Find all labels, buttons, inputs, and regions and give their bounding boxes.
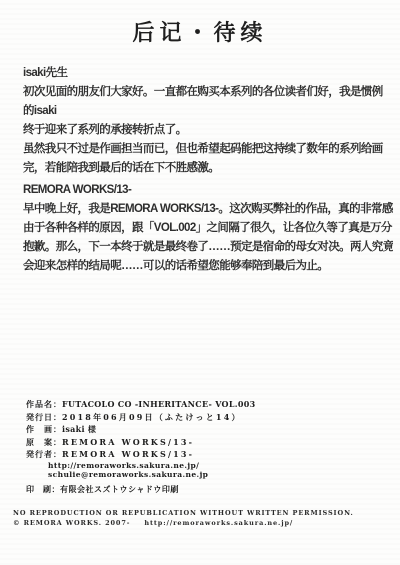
- legal-notice-block: NO REPRODUCTION OR REPUBLICATION WITHOUT…: [13, 508, 393, 528]
- artist-line: 虽然我只不过是作画担当而已，但也希望起码能把这持续了数年的系列给画: [23, 140, 393, 159]
- colophon-label: 作品名：: [26, 398, 62, 411]
- printer-name: 有限会社スズトウシャドウ印刷: [60, 484, 179, 494]
- page-title: 后记・待续: [0, 16, 400, 47]
- circle-heading: REMORA WORKS/13-: [23, 181, 393, 200]
- artist-line: 初次见面的朋友们大家好。一直都在购买本系列的各位读者们好，我是惯例: [23, 83, 393, 102]
- copyright-line: © REMORA WORKS. 2007-http://remoraworks.…: [13, 518, 393, 528]
- copyright-text: © REMORA WORKS. 2007-: [13, 519, 130, 527]
- circle-contact-email: schulie@remoraworks.sakura.ne.jp: [26, 470, 376, 480]
- colophon-row-original-plan: 原 案：REMORA WORKS/13-: [26, 436, 376, 449]
- colophon-label: 発行日：: [26, 411, 62, 424]
- artist-line: 终于迎来了系列的承接转折点了。: [23, 121, 393, 140]
- artist-line: 完，若能陪我到最后的话在下不胜感激。: [23, 159, 393, 178]
- circle-line: 会迎来怎样的结局呢……可以的话希望您能够奉陪到最后为止。: [23, 257, 393, 276]
- artist-line: 的isaki: [23, 102, 393, 121]
- colophon-value: FUTACOLO CO -INHERITANCE- VOL.003: [62, 399, 255, 409]
- artist-heading: isaki先生: [23, 64, 393, 83]
- artist-afterword-paragraph: isaki先生 初次见面的朋友们大家好。一直都在购买本系列的各位读者们好，我是惯…: [23, 64, 393, 178]
- colophon-value: 2018年06月09日（ふたけっと14）: [62, 412, 242, 422]
- colophon-label: 作 画：: [26, 423, 62, 436]
- colophon-value: REMORA WORKS/13-: [62, 437, 194, 447]
- no-reproduction-notice: NO REPRODUCTION OR REPUBLICATION WITHOUT…: [13, 508, 393, 518]
- circle-line: 抱歉。那么，下一本终于就是最终卷了……预定是宿命的母女对决。两人究竟: [23, 238, 393, 257]
- colophon-row-publish-date: 発行日：2018年06月09日（ふたけっと14）: [26, 411, 376, 424]
- colophon-row-publisher: 発行者：REMORA WORKS/13-: [26, 448, 376, 461]
- circle-website-url: http://remoraworks.sakura.ne.jp/: [26, 461, 376, 471]
- colophon-value: isaki 様: [62, 424, 96, 434]
- colophon-value: REMORA WORKS/13-: [62, 449, 194, 459]
- colophon-label: 発行者：: [26, 448, 62, 461]
- circle-afterword-paragraph: REMORA WORKS/13- 早中晚上好，我是REMORA WORKS/13…: [23, 181, 393, 276]
- printer-credit: 印 刷：有限会社スズトウシャドウ印刷: [26, 484, 179, 495]
- colophon-row-title: 作品名：FUTACOLO CO -INHERITANCE- VOL.003: [26, 398, 376, 411]
- afterword-page: 后记・待续 isaki先生 初次见面的朋友们大家好。一直都在购买本系列的各位读者…: [0, 0, 400, 565]
- colophon: 作品名：FUTACOLO CO -INHERITANCE- VOL.003 発行…: [26, 398, 376, 480]
- circle-line: 由于各种各样的原因，跟「VOL.002」之间隔了很久，让各位久等了真是万分: [23, 219, 393, 238]
- printer-label: 印 刷：: [26, 484, 60, 494]
- colophon-label: 原 案：: [26, 436, 62, 449]
- circle-line: 早中晚上好，我是REMORA WORKS/13-。这次购买弊社的作品，真的非常感…: [23, 200, 393, 219]
- copyright-url: http://remoraworks.sakura.ne.jp/: [144, 519, 293, 527]
- colophon-row-artist: 作 画：isaki 様: [26, 423, 376, 436]
